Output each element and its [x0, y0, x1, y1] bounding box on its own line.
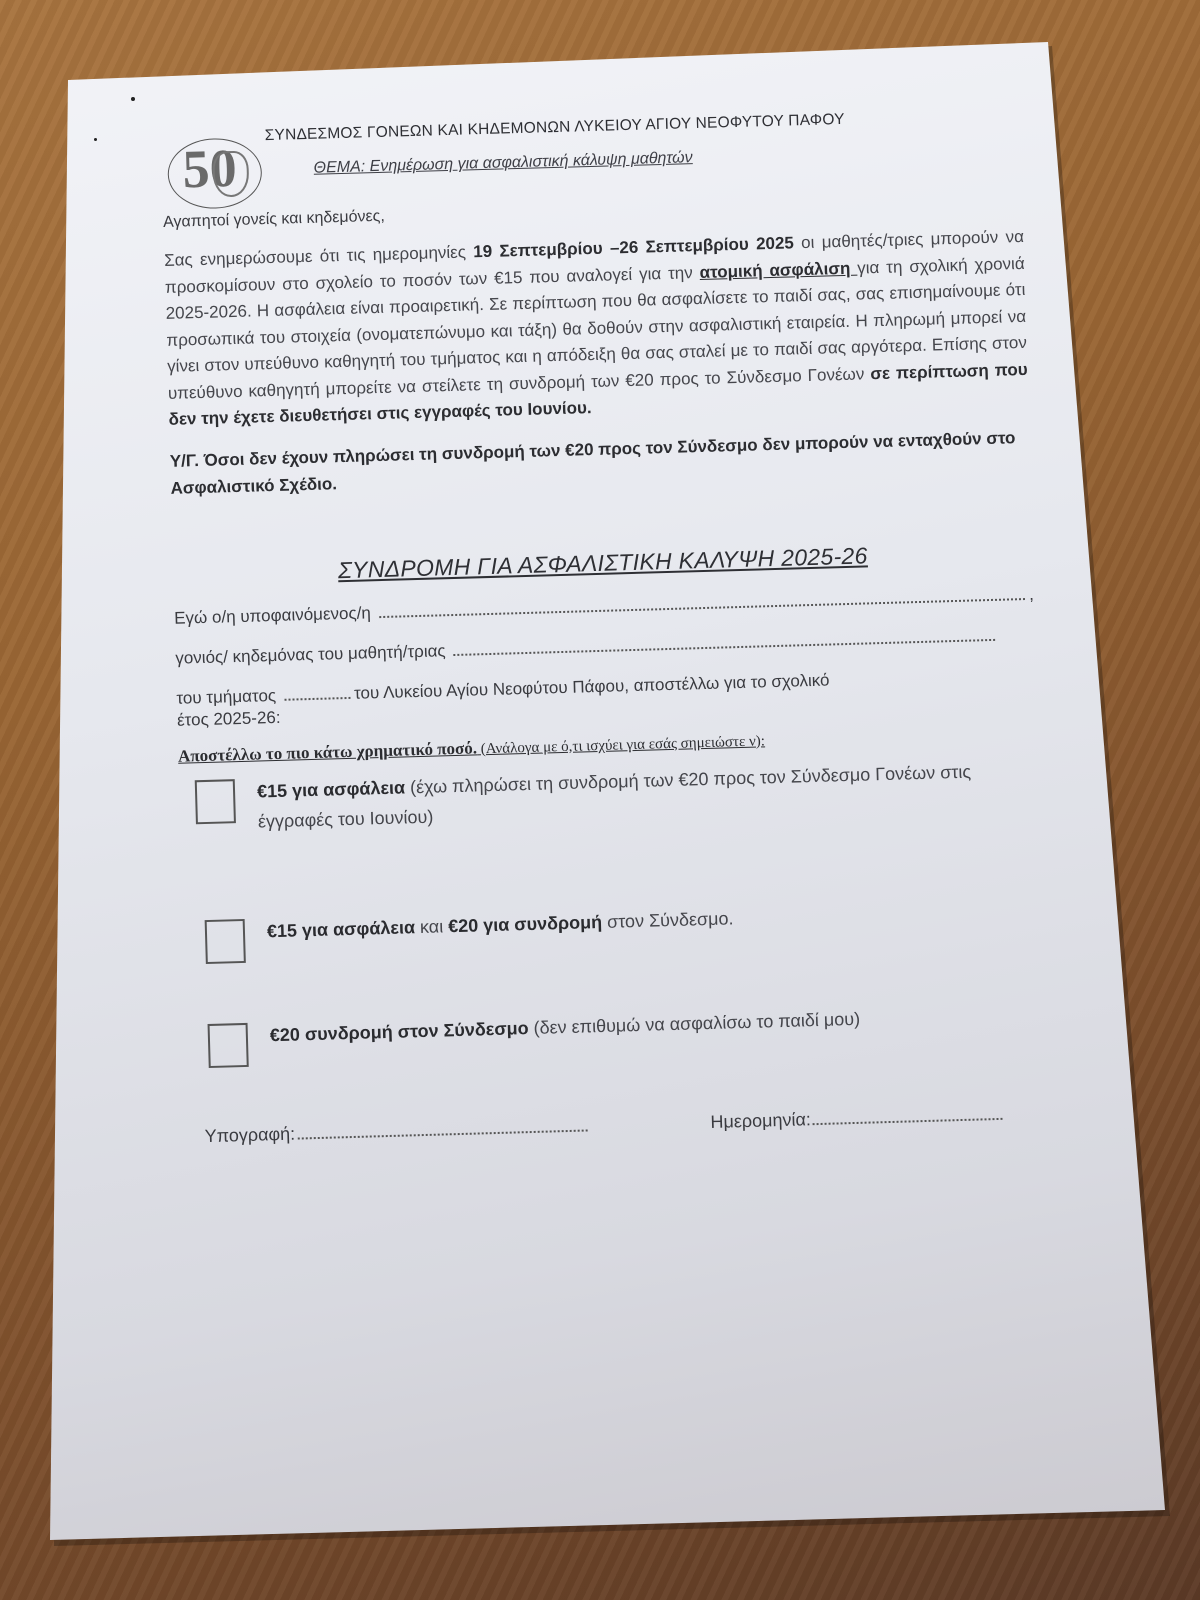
option-insurance-only: €15 για ασφάλεια (έχω πληρώσει τη συνδρο… [195, 754, 1040, 838]
body-paragraph: Σας ενημερώσουμε ότι τις ημερομηνίες 19 … [164, 224, 1029, 433]
insurance-only-checkbox[interactable] [195, 779, 236, 824]
date-label: Ημερομηνία: [710, 1109, 811, 1133]
emblem-icon [212, 151, 249, 198]
student-label: γονιός/ κηδεμόνας του μαθητή/τριας [175, 641, 446, 669]
undersigned-name-input[interactable] [379, 598, 1025, 618]
paper-speck [94, 138, 97, 141]
insurance-and-subscription-checkbox[interactable] [205, 918, 246, 963]
individual-insurance-emphasis: ατομική ασφάλιση [699, 258, 857, 281]
collection-dates: 19 Σεπτεμβρίου –26 Σεπτεμβρίου 2025 [473, 233, 794, 261]
subscription-only-checkbox[interactable] [208, 1022, 249, 1067]
anniversary-50-logo-icon: 50 [167, 137, 263, 210]
document-content: 50 ΣΥΝΔΕΣΜΟΣ ΓΟΝΕΩΝ ΚΑΙ ΚΗΔΕΜΟΝΩΝ ΛΥΚΕΙΟ… [160, 86, 1049, 1147]
student-name-input[interactable] [454, 638, 995, 655]
paper-speck [131, 97, 135, 101]
field-undersigned: Εγώ ο/η υποφαινόμενος/η , [174, 584, 1034, 628]
class-input[interactable] [284, 696, 350, 700]
class-label: του τμήματος [176, 685, 276, 708]
signature-label: Υπογραφή: [204, 1123, 295, 1147]
subject-line: ΘΕΜΑ: Ενημέρωση για ασφαλιστική κάλυψη μ… [313, 149, 692, 178]
form-title: ΣΥΝΔΡΟΜΗ ΓΙΑ ΑΣΦΑΛΙΣΤΙΚΗ ΚΑΛΥΨΗ 2025-26 [173, 537, 1033, 588]
postscript-note: Υ/Γ. Όσοι δεν έχουν πληρώσει τη συνδρομή… [169, 423, 1030, 501]
option-subscription-only: €20 συνδρομή στον Σύνδεσμο (δεν επιθυμώ … [207, 998, 1046, 1067]
date-input[interactable] [813, 1117, 1003, 1124]
undersigned-label: Εγώ ο/η υποφαινόμενος/η [174, 603, 371, 628]
organization-name: ΣΥΝΔΕΣΜΟΣ ΓΟΝΕΩΝ ΚΑΙ ΚΗΔΕΜΟΝΩΝ ΛΥΚΕΙΟΥ Α… [265, 111, 845, 145]
field-student: γονιός/ κηδεμόνας του μαθητή/τριας [175, 624, 1035, 668]
option-insurance-and-subscription: €15 για ασφάλεια και €20 για συνδρομή στ… [205, 894, 1044, 963]
